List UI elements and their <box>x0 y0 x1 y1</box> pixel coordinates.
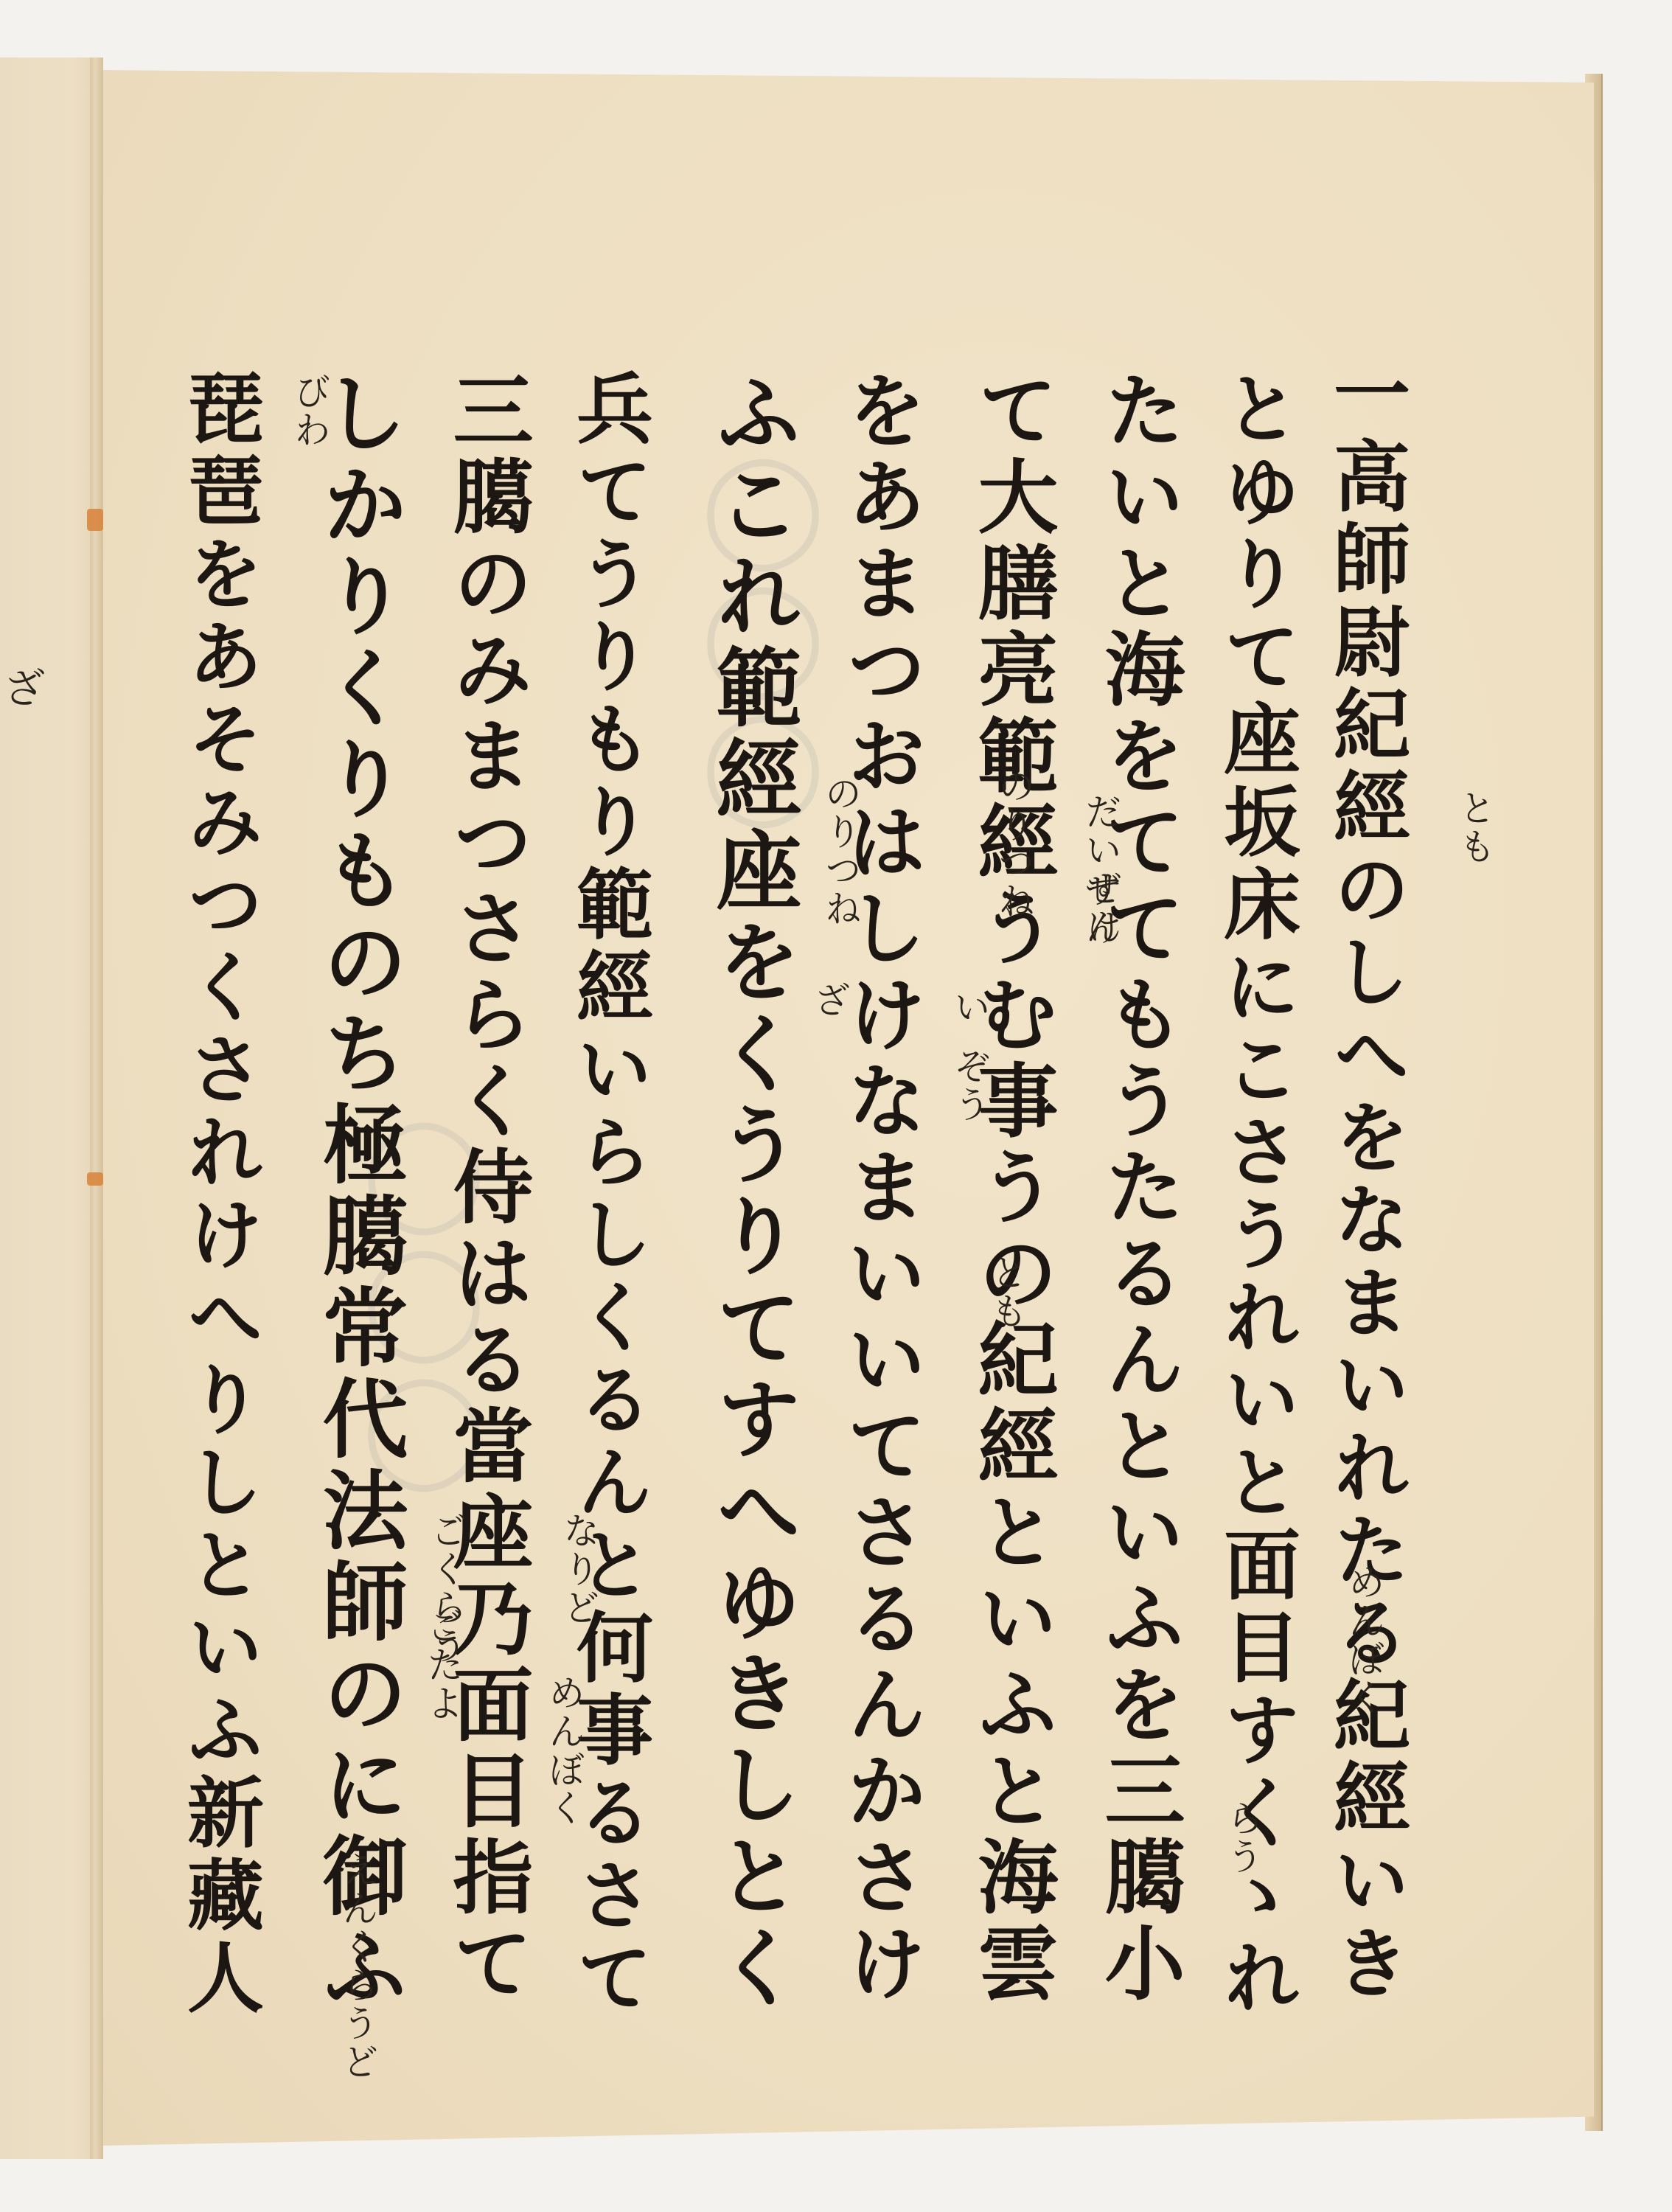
furigana-reading: のりつね <box>995 767 1032 920</box>
text-column-1: 一高師尉紀經のしへをなまいれたる紀經いき <box>1327 354 1404 2006</box>
furigana-reading: えんくらうど <box>339 1851 376 2081</box>
text-column-9: しかりくりものち極臈常代法師のに御ふ <box>316 369 401 2014</box>
text-column-5: をあまつおはしけなまいいてさるんかさけ <box>840 369 921 2008</box>
text-column-8: 三臈のみまつさらく侍はる當座乃面目指て <box>447 369 527 2008</box>
furigana-reading: ごたよ <box>424 1607 461 1722</box>
binding-thread-bottom <box>87 1172 103 1186</box>
furigana-reading: らう <box>1224 1799 1261 1876</box>
furigana-reading: い <box>951 988 988 1026</box>
left-facing-page <box>0 58 103 2159</box>
binding-thread-top <box>87 509 103 531</box>
furigana-reading: ざ <box>811 981 848 1019</box>
text-column-3: たいと海をててもうたるんといふを三臈小 <box>1098 369 1179 2008</box>
text-column-6: ふこれ範經座をくうりてすへゆきしとく <box>709 369 795 2014</box>
book-gutter <box>90 58 103 2159</box>
left-page-partial-glyph: ざ <box>4 656 45 715</box>
furigana-reading: とも <box>1456 789 1493 866</box>
text-column-10: 琵琶をあそみつくされけへりしといふ新藏人 <box>181 369 257 2020</box>
furigana-reading: すけ <box>1082 870 1119 947</box>
text-column-4: て大膳亮範經うむ事うの紀經といふと海雲 <box>972 369 1052 2008</box>
text-column-2: とゆりて座坂床にこさうれいと面目すくゝれ <box>1217 369 1294 2020</box>
furigana-reading: めんぼく <box>546 1674 582 1827</box>
furigana-reading: めんぼく <box>1345 1563 1382 1717</box>
furigana-reading: びわ <box>291 372 328 449</box>
furigana-reading: のりつね <box>822 774 859 928</box>
furigana-reading: ぞう <box>951 1047 988 1124</box>
furigana-reading: とも <box>988 1253 1025 1330</box>
furigana-reading: なりど <box>560 1512 597 1627</box>
